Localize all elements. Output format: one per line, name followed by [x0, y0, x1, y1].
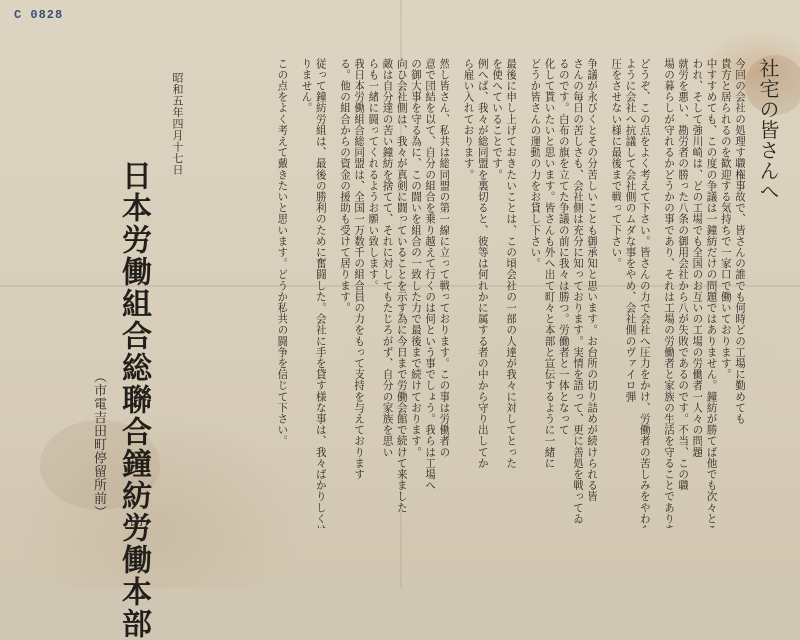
document-page: C 0828 社宅の皆さんへ 今回の会社の処理す職権事故で、皆さんの誰でも何時ど… [0, 0, 800, 588]
body-column: 場の暮らしが守れるかどうかの事であり、それは工場の労働者と家族の生活を守ることで… [663, 58, 674, 528]
body-column: 我日本労働組合総同盟は、全国一万数千の組合員の力をもって支持を与えております [354, 58, 365, 480]
body-column: を使へていることです。 [491, 58, 502, 180]
body-column: 化して貰いたいと思います。皆さんも外へ出て町々と本部と宣伝するように一緒に [544, 58, 555, 469]
body-column: 貴方と居られるのを歓迎する気持ちで一家口で働いております。 [720, 58, 731, 380]
body-column: 然し皆さん、私共は総同盟の第一線に立って戦っております。この事は労働者の [439, 58, 450, 458]
body-column: 例へば、我々が総同盟を裏切ると、彼等は何れかに属する者の中から守り出してか [477, 58, 488, 469]
catalog-stamp: C 0828 [14, 8, 63, 22]
body-column: 意で団結を以て、自分の組合を乗り越えて行くのは何という事でしょう。我らは工場へ [425, 58, 436, 491]
body-column: ように会社へ抗議して会社側のムダな事をやめ、会社側のヴァイロ弾 [625, 58, 636, 402]
body-column: 敵は自分達の苦い鐘紡を捨てて、それに対してもたじろがず、自分の家族を思い [382, 58, 393, 458]
body-column: 今回の会社の処理す職権事故で、皆さんの誰でも何時どの工場に勤めても [734, 58, 745, 424]
body-column: らも一緒に闘ってくれるようお願い致します。 [368, 58, 379, 291]
body-column: る。他の組合からの資金の援助も受けて居ります。 [339, 58, 350, 313]
body-column: ら雇い入れております。 [463, 58, 474, 180]
seal-mark: 印 [130, 512, 143, 531]
document-title: 社宅の皆さんへ [758, 58, 778, 202]
body-column: 最後に申し上げておきたいことは、この頃会社の一部の人達が我々に対してとった [506, 58, 517, 469]
body-column: 争議が永びくとその分苦しいことも御承知と思います。お台所の切り詰めが続けられる皆 [587, 58, 598, 502]
body-column: この点をよく考えて戴きたいと思います。どうか私共の闘争を信じて下さい。 [277, 58, 288, 447]
body-column: るのです。白布の旗を立てた争議の前に我々は勝つ。労働者と一体となって [558, 58, 569, 435]
body-column: 向ひ会社側は、我々が真剣に闘っていることを示す為に今日まで労働会館で続けて来まし… [396, 58, 407, 513]
document-date: 昭和五年四月十七日 [172, 72, 183, 176]
body-column: どうぞ、この点をよく考えて下さい。皆さんの力で会社へ圧力をかけ、労働者の苦しみを… [639, 58, 650, 528]
body-column: 従って鐘紡労組は、最後の勝利のために奮闘した。会社に手を貸す様な事は、我々ばかり… [315, 58, 326, 528]
organization-address: （市電吉田町停留所前） [92, 370, 105, 519]
body-column: りません。 [301, 58, 312, 114]
body-column: 圧をさせない様に最後まで戦って下さい。 [611, 58, 622, 269]
body-column: の御大事を守る為に、この闘いを組合の一致した力で最後まで続けております。 [410, 58, 421, 458]
body-column: どうか皆さんの運動の力をお貸し下さい。 [530, 58, 541, 269]
body-column: さんの毎日の苦しさも、会社側は充分に知っております。実情を語って、更に善処を戦っ… [572, 58, 583, 524]
body-column: 中すすめても、この度の争議は一鐘紡だけの問題ではありません。鐘紡が勝てば他でも次… [706, 58, 717, 528]
body-column: 就労を悪い、勘労者の勝った八条の御用会社から八が失敗であるのです。不当、この職 [678, 58, 689, 491]
body-column: われ、そして強川崎は、どの工場でも全国のお互いの工場の労働者一人々の問題 [692, 58, 703, 458]
